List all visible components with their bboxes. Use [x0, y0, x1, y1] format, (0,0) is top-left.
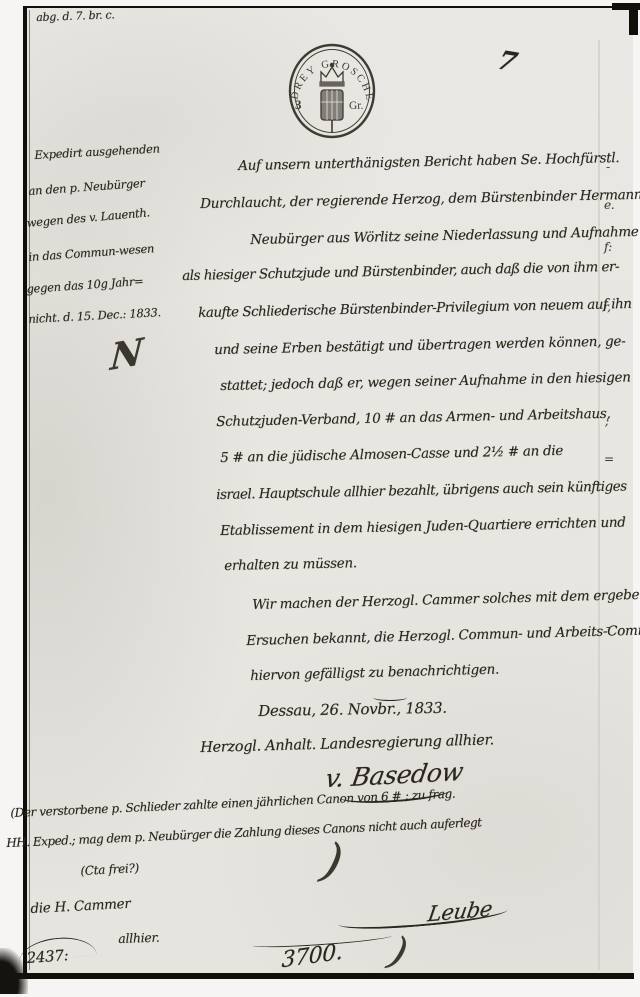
fold-catch-mark: ; [605, 414, 609, 428]
body-line: erhalten zu müssen. [224, 555, 357, 574]
dateline: Dessau, 26. Novbr., 1833. [258, 699, 447, 720]
stamp-value-number: 3 [295, 97, 302, 112]
fold-catch-mark: f: [604, 240, 612, 254]
fold-catch-mark: - [606, 620, 610, 634]
archival-note: abg. d. 7. br. c. [36, 8, 115, 24]
stamp-value-unit: Gr. [349, 100, 364, 112]
fold-catch-mark: e. [604, 198, 614, 212]
coat-of-arms-shield-icon [321, 90, 343, 133]
frame-bottom-line [6, 973, 634, 979]
abbreviation-stroke [373, 694, 407, 701]
revenue-stamp: DREY GROSCHEN 3 Gr. [282, 40, 382, 142]
frame-left-line-echo [29, 10, 30, 970]
vertical-fold-line [598, 40, 600, 970]
footer-addressee-line: allhier. [118, 930, 160, 946]
frame-left-line [23, 6, 27, 978]
fold-catch-mark: - [606, 160, 610, 174]
frame-right-corner-drop [629, 3, 638, 35]
fold-catch-mark: = [604, 452, 614, 466]
registrar-paraph: N [109, 330, 144, 379]
scanned-document-page: abg. d. 7. br. c. 7 DREY GROSCHEN 3 Gr. [0, 0, 640, 997]
fold-catch-mark: r, [603, 300, 611, 314]
